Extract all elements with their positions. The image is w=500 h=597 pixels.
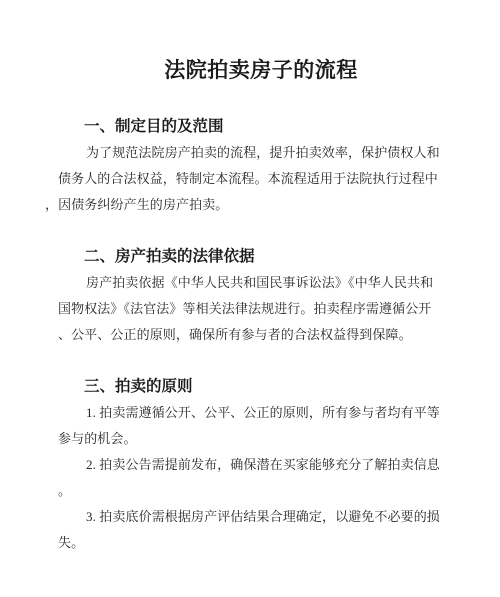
section-3-item-3-line-1: 3. 拍卖底价需根据房产评估结果合理确定，以避免不必要的损 <box>58 504 438 530</box>
section-legal-basis: 二、房产拍卖的法律依据 房产拍卖依据《中华人民共和国民事诉讼法》《中华人民共和 … <box>58 244 438 348</box>
section-3-item-3-line-2: 失。 <box>58 530 438 556</box>
section-3-item-2-line-2: 。 <box>58 478 438 504</box>
section-2-line-3: 、公平、公正的原则，确保所有参与者的合法权益得到保障。 <box>58 322 438 348</box>
section-auction-principles: 三、拍卖的原则 1. 拍卖需遵循公开、公平、公正的原则，所有参与者均有平等 参与… <box>58 374 438 556</box>
section-1-line-1: 为了规范法院房产拍卖的流程，提升拍卖效率，保护债权人和 <box>58 140 438 166</box>
section-purpose-scope: 一、制定目的及范围 为了规范法院房产拍卖的流程，提升拍卖效率，保护债权人和 债务… <box>58 114 438 218</box>
document-title: 法院拍卖房子的流程 <box>84 55 438 85</box>
section-3-item-2-line-1: 2. 拍卖公告需提前发布，确保潜在买家能够充分了解拍卖信息 <box>58 452 438 478</box>
section-3-item-1-line-2: 参与的机会。 <box>58 426 438 452</box>
section-3-heading: 三、拍卖的原则 <box>58 374 438 400</box>
section-1-line-3: ，因债务纠纷产生的房产拍卖。 <box>58 192 438 218</box>
section-1-line-2: 债务人的合法权益，特制定本流程。本流程适用于法院执行过程中 <box>58 166 438 192</box>
section-2-line-1: 房产拍卖依据《中华人民共和国民事诉讼法》《中华人民共和 <box>58 270 438 296</box>
section-1-heading: 一、制定目的及范围 <box>58 114 438 140</box>
section-3-item-1-line-1: 1. 拍卖需遵循公开、公平、公正的原则，所有参与者均有平等 <box>58 400 438 426</box>
document-page: 法院拍卖房子的流程 一、制定目的及范围 为了规范法院房产拍卖的流程，提升拍卖效率… <box>0 0 500 597</box>
section-2-line-2: 国物权法》《法官法》等相关法律法规进行。拍卖程序需遵循公开 <box>58 296 438 322</box>
section-2-heading: 二、房产拍卖的法律依据 <box>58 244 438 270</box>
